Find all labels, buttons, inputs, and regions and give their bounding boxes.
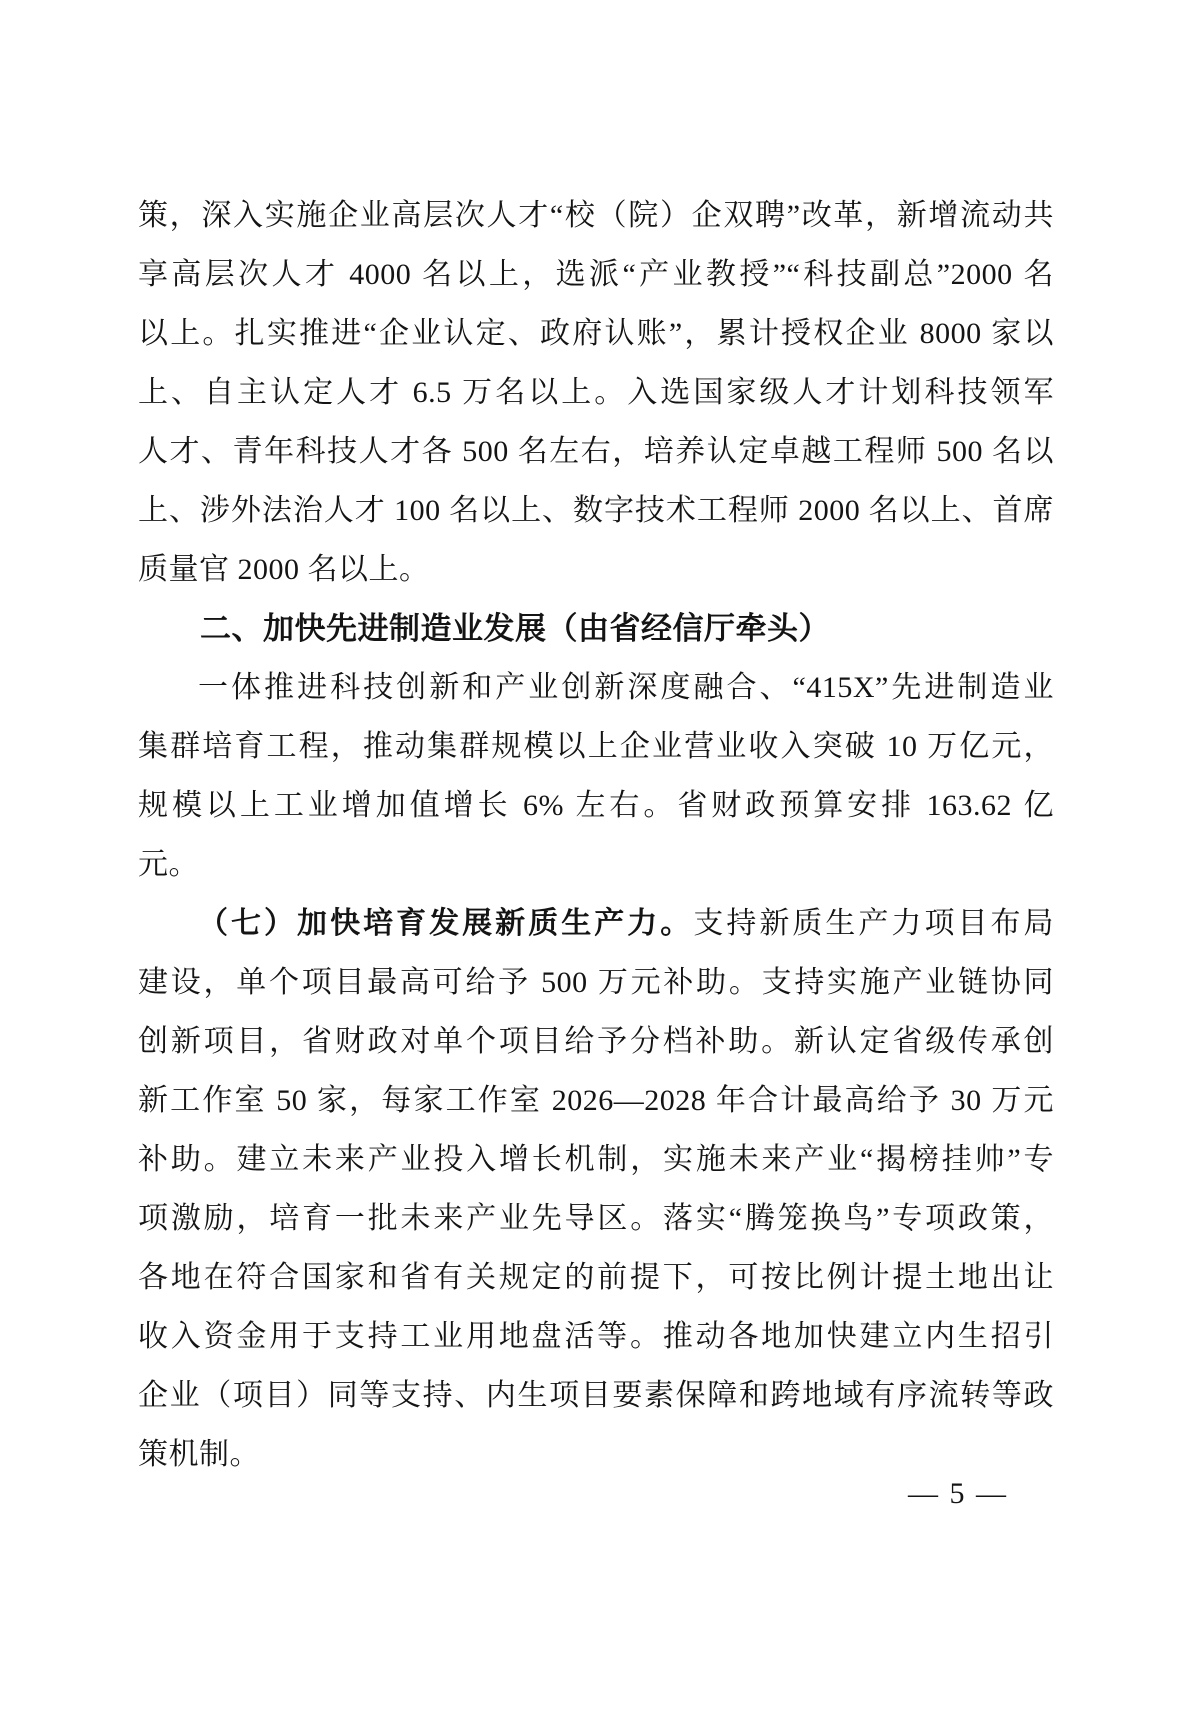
paragraph-new-quality-line: 建设，单个项目最高可给予 500 万元补助。支持实施产业链协同 [138,953,1054,1012]
paragraph-new-quality-line: 企业（项目）同等支持、内生项目要素保障和跨地域有序流转等政 [138,1366,1054,1425]
paragraph-new-quality-line: 补助。建立未来产业投入增长机制，实施未来产业“揭榜挂帅”专 [138,1130,1054,1189]
paragraph-manufacturing-line: 元。 [138,835,1054,894]
paragraph-manufacturing-line: 集群培育工程，推动集群规模以上企业营业收入突破 10 万亿元， [138,717,1054,776]
paragraph-new-quality-line: 收入资金用于支持工业用地盘活等。推动各地加快建立内生招引 [138,1307,1054,1366]
paragraph-talent-line: 上、涉外法治人才 100 名以上、数字技术工程师 2000 名以上、首席 [138,481,1054,540]
section-heading: 二、加快先进制造业发展（由省经信厅牵头） [138,599,1054,658]
paragraph-new-quality-line: 项激励，培育一批未来产业先导区。落实“腾笼换鸟”专项政策， [138,1189,1054,1248]
paragraph-new-quality-line: 各地在符合国家和省有关规定的前提下，可按比例计提土地出让 [138,1248,1054,1307]
subitem-seven-lead: （七）加快培育发展新质生产力。 [198,907,693,940]
page-footer: — 5 — [138,1474,1054,1514]
paragraph-talent-line: 人才、青年科技人才各 500 名左右，培养认定卓越工程师 500 名以 [138,422,1054,481]
paragraph-talent-line: 以上。扎实推进“企业认定、政府认账”，累计授权企业 8000 家以 [138,304,1054,363]
paragraph-talent-line: 策，深入实施企业高层次人才“校（院）企双聘”改革，新增流动共 [138,186,1054,245]
paragraph-manufacturing-line: 一体推进科技创新和产业创新深度融合、“415X”先进制造业 [138,658,1054,717]
paragraph-talent-line: 上、自主认定人才 6.5 万名以上。入选国家级人才计划科技领军 [138,363,1054,422]
paragraph-new-quality-line: 创新项目，省财政对单个项目给予分档补助。新认定省级传承创 [138,1012,1054,1071]
paragraph-talent-line: 享高层次人才 4000 名以上，选派“产业教授”“科技副总”2000 名 [138,245,1054,304]
paragraph-new-quality-line: （七）加快培育发展新质生产力。支持新质生产力项目布局 [138,894,1054,953]
text-block: 策，深入实施企业高层次人才“校（院）企双聘”改革，新增流动共 享高层次人才 40… [138,186,1054,1484]
document-page: 策，深入实施企业高层次人才“校（院）企双聘”改革，新增流动共 享高层次人才 40… [0,0,1191,1730]
subitem-seven-text: 支持新质生产力项目布局 [693,907,1054,940]
paragraph-talent-line: 质量官 2000 名以上。 [138,540,1054,599]
page-number: — 5 — [908,1474,1008,1514]
paragraph-new-quality-line: 新工作室 50 家，每家工作室 2026—2028 年合计最高给予 30 万元 [138,1071,1054,1130]
paragraph-manufacturing-line: 规模以上工业增加值增长 6% 左右。省财政预算安排 163.62 亿 [138,776,1054,835]
